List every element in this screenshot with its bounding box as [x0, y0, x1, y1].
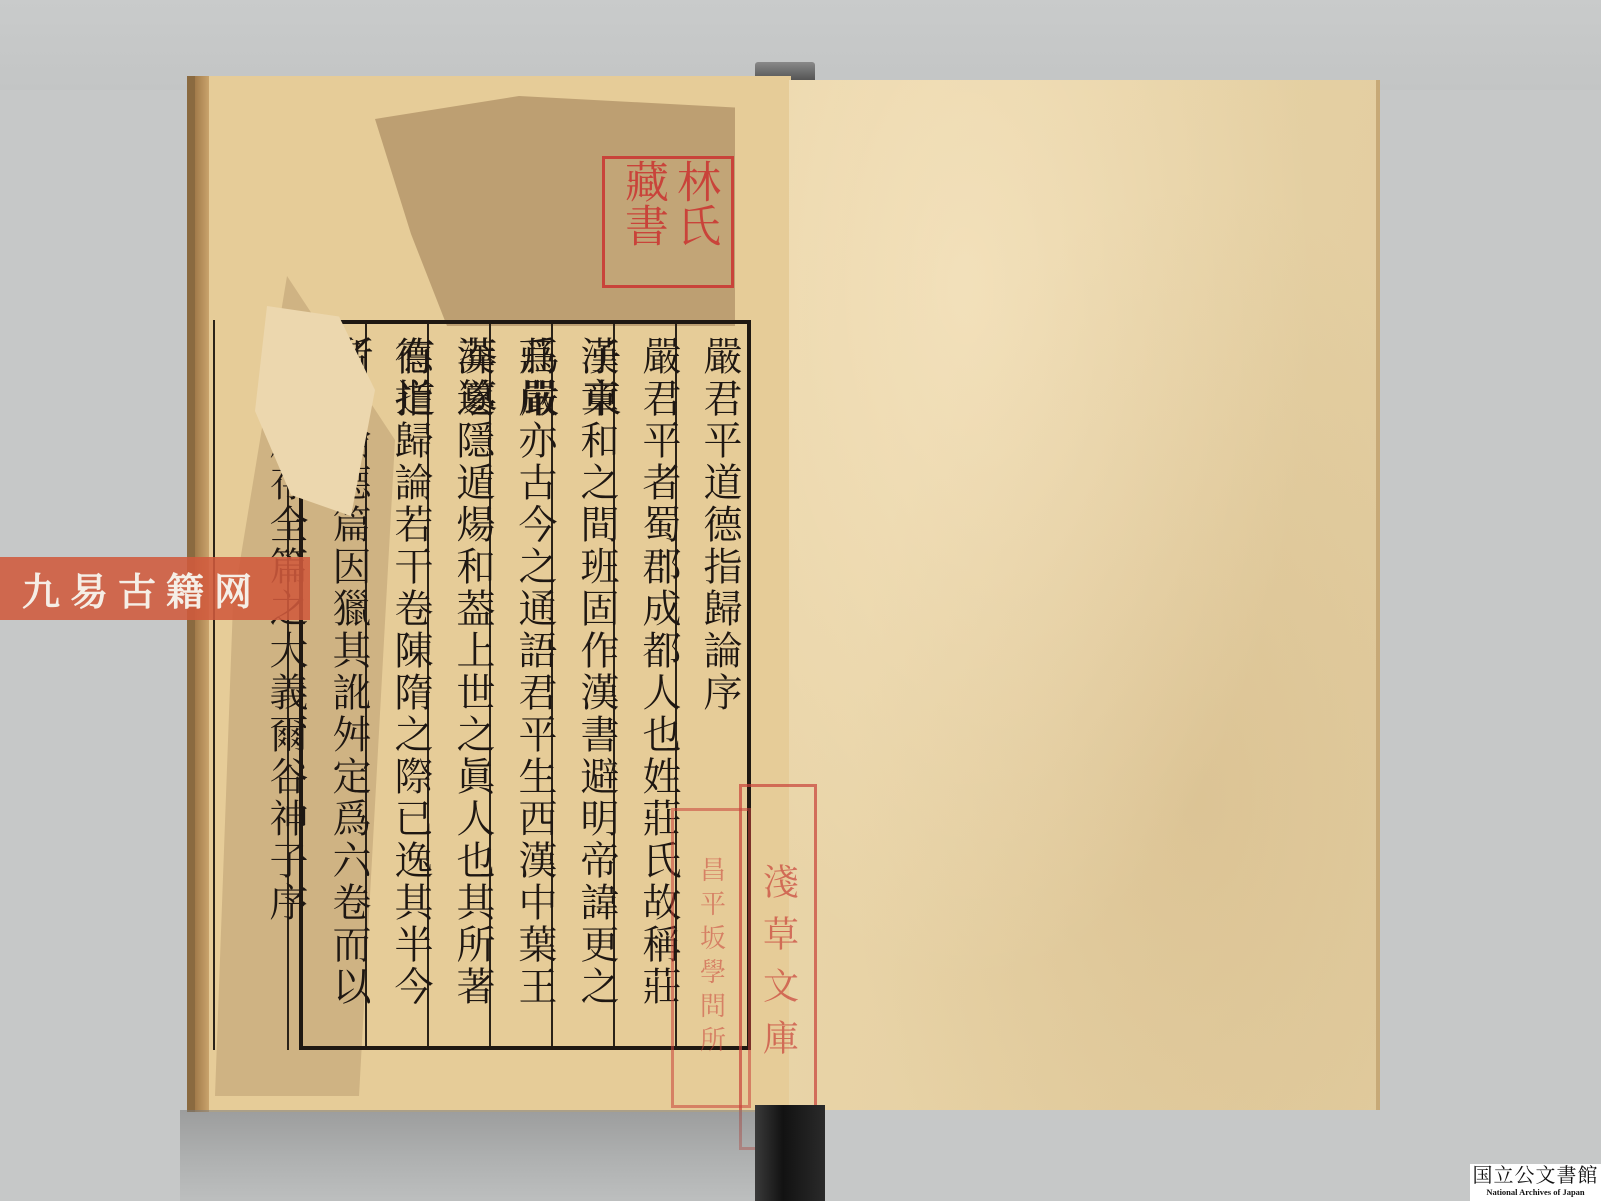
library-seal: 淺草文庫 — [739, 784, 817, 1150]
book-shadow — [180, 1110, 760, 1201]
text-column: 漢遂隱遁煬和葢上世之眞人也其所著有道 — [442, 336, 502, 1046]
text-column: 漢章和之間班固作漢書避明帝諱更之爲嚴 — [566, 336, 626, 1046]
paper-texture — [789, 80, 1376, 1110]
spine-shadow — [755, 1105, 825, 1201]
text-column-title: 嚴君平道德指歸論序 — [689, 336, 749, 714]
archives-badge-subtitle: National Archives of Japan — [1470, 1186, 1601, 1198]
archives-badge-title: 国立公文書館 — [1470, 1164, 1601, 1186]
right-page: 淺草文庫 — [789, 80, 1380, 1110]
text-column: 莊嚴亦古今之通語君平生西漢中葉王莽簒 — [504, 336, 564, 1046]
watermark-text: 九易古籍网 — [22, 561, 262, 616]
watermark-banner: 九易古籍网 — [0, 557, 310, 620]
collector-seal-square: 林氏藏書 — [602, 156, 734, 288]
text-column: 德指歸論若干卷陳隋之際已逸其半今所存 — [380, 336, 440, 1046]
archives-badge: 国立公文書館 National Archives of Japan — [1470, 1164, 1601, 1201]
